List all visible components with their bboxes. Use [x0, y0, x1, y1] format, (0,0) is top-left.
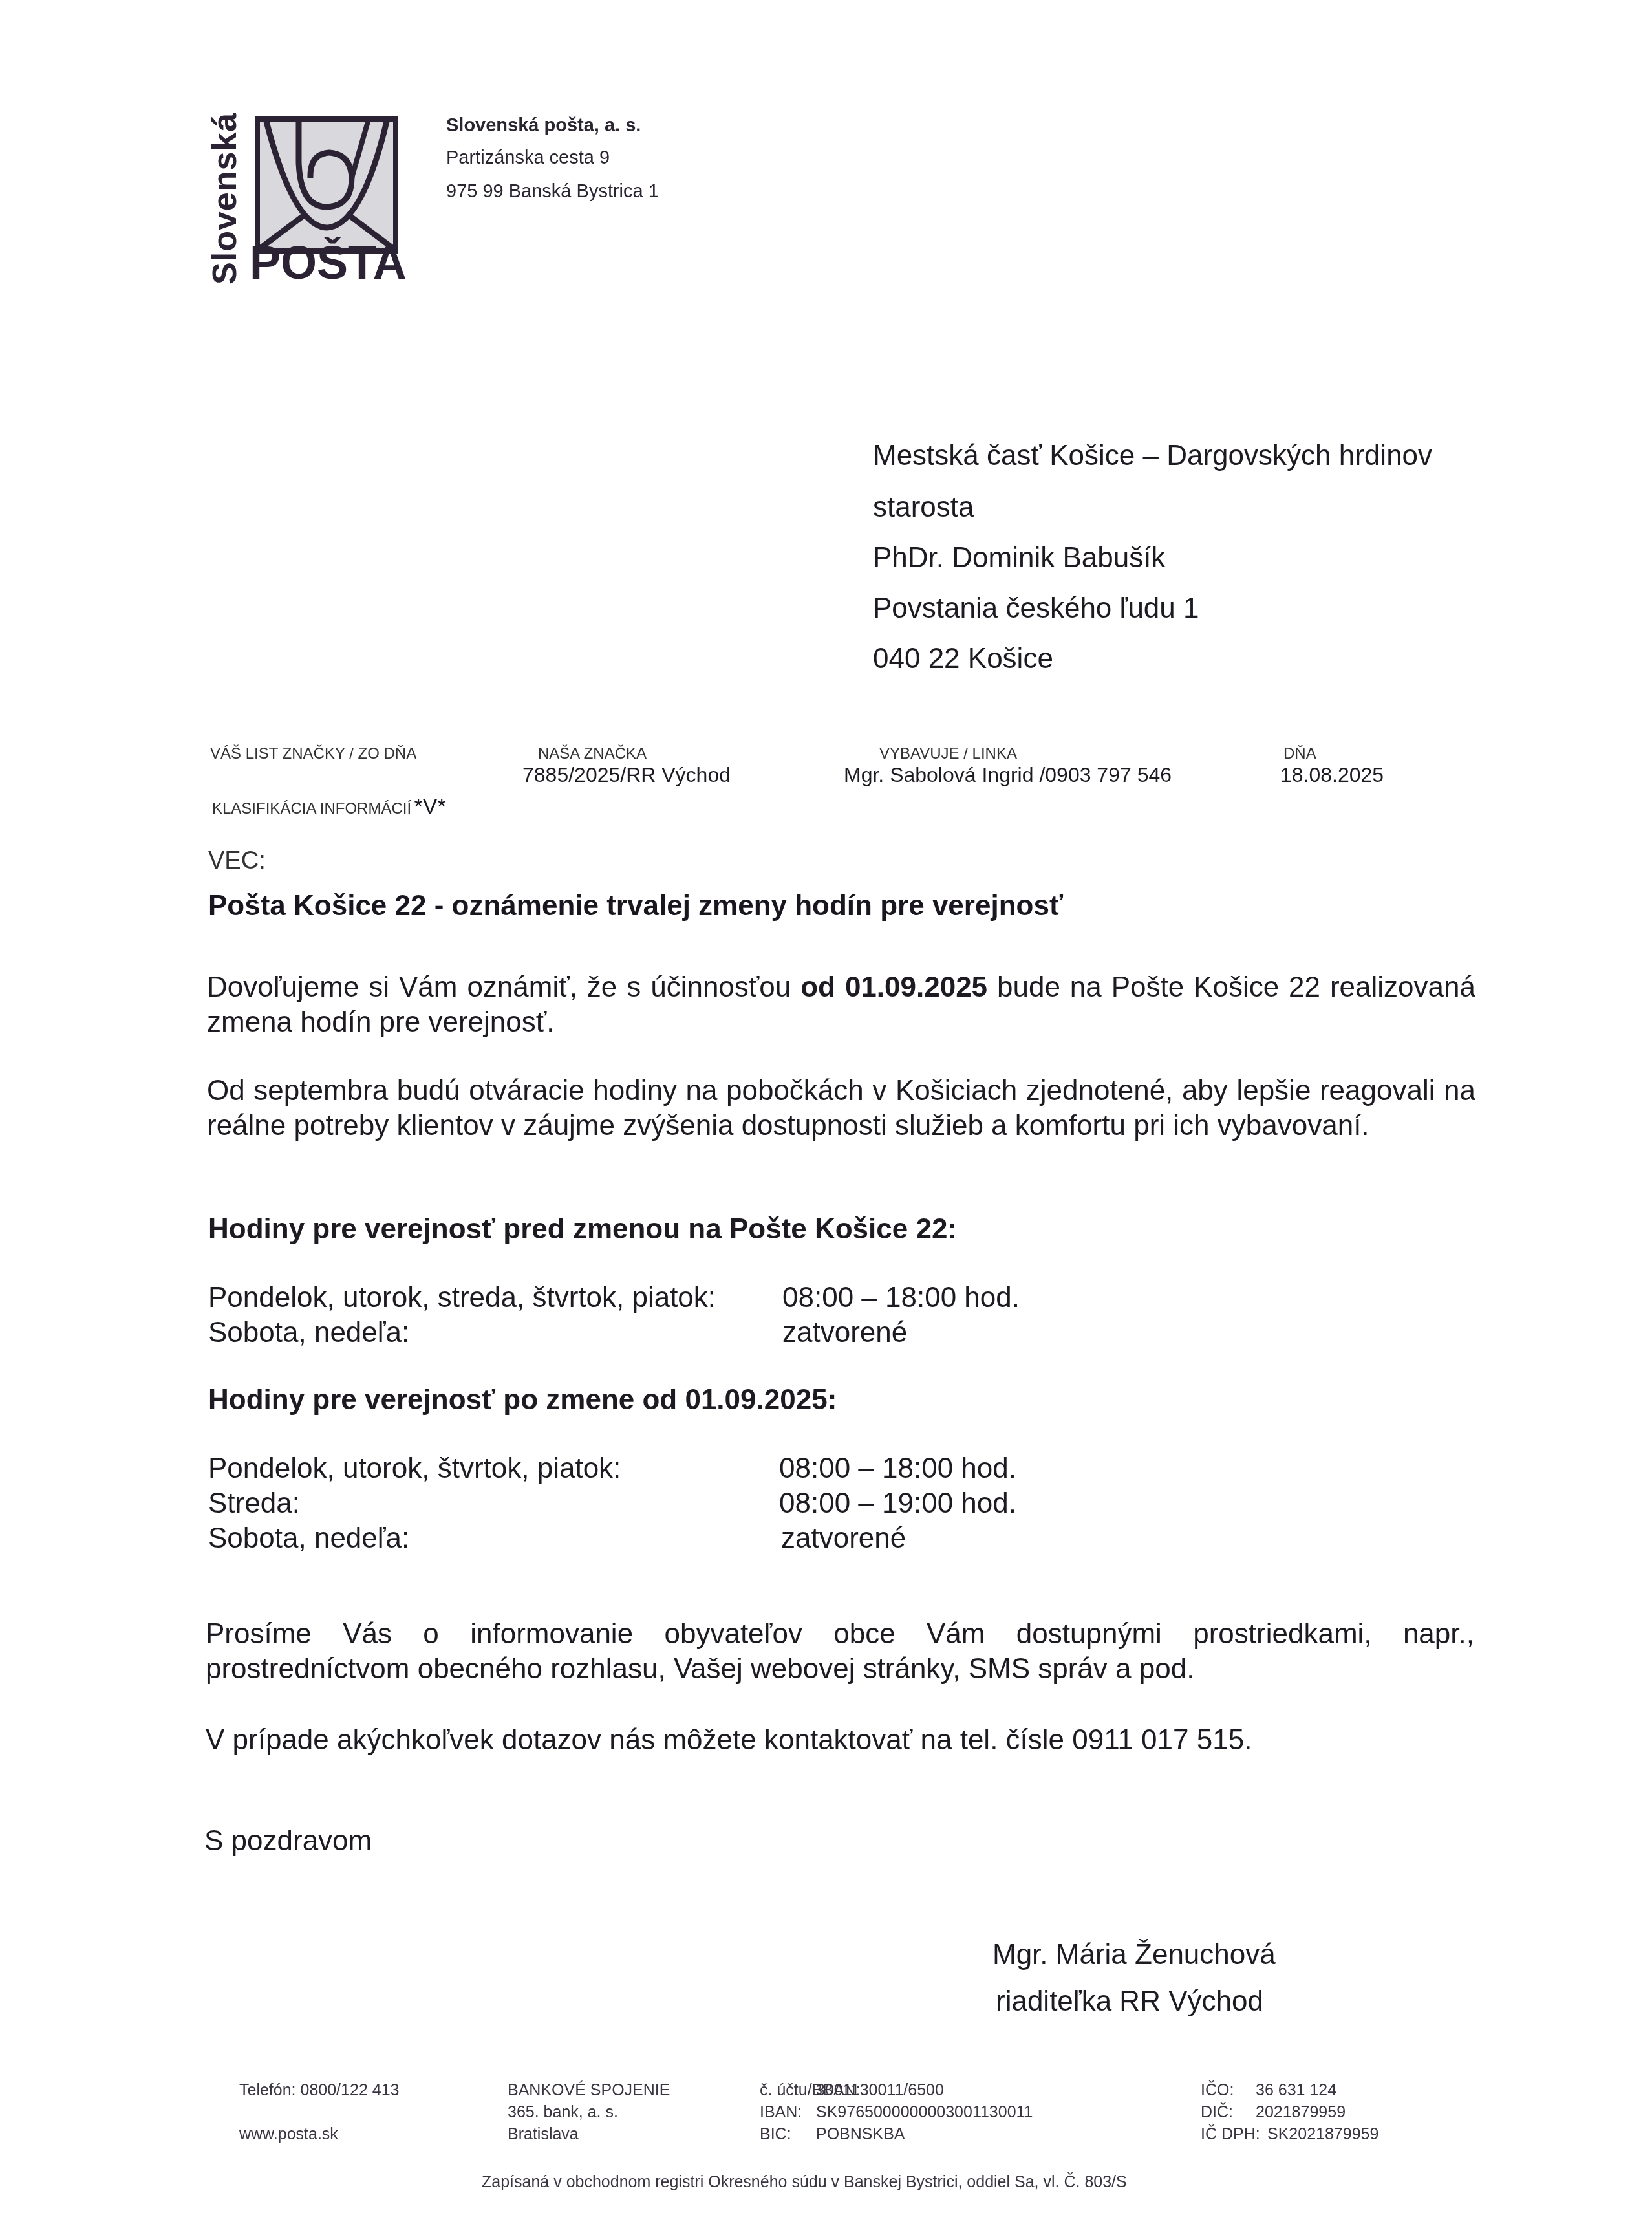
recipient-line: 040 22 Košice: [873, 643, 1053, 675]
footer-web[interactable]: www.posta.sk: [239, 2125, 338, 2144]
after-hours-1: 08:00 – 19:00 hod.: [779, 1486, 1016, 1521]
handled-by-label: VYBAVUJE / LINKA: [879, 745, 1017, 763]
footer-bank-city: Bratislava: [508, 2125, 579, 2144]
after-days-1: Streda:: [208, 1486, 300, 1521]
footer-dic-value: 2021879959: [1256, 2103, 1346, 2122]
after-days-2: Sobota, nedeľa:: [208, 1521, 409, 1556]
classification-value: *V*: [414, 794, 446, 819]
before-hours-1: zatvorené: [782, 1315, 907, 1350]
our-ref-label: NAŠA ZNAČKA: [538, 745, 647, 763]
recipient-line: starosta: [873, 492, 974, 524]
subject-title: Pošta Košice 22 - oznámenie trvalej zmen…: [208, 890, 1063, 922]
footer-icdph-value: SK2021879959: [1267, 2125, 1378, 2144]
classification: KLASIFIKÁCIA INFORMÁCIÍ *V*: [212, 794, 446, 819]
date-value: 18.08.2025: [1280, 763, 1384, 787]
footer-iban-label: IBAN:: [760, 2103, 802, 2122]
footer-dic-label: DIČ:: [1201, 2103, 1233, 2122]
before-days-1: Sobota, nedeľa:: [208, 1315, 409, 1350]
logo-vertical-label: Slovenská: [206, 113, 244, 285]
footer-iban-value: SK9765000000003001130011: [816, 2103, 1033, 2122]
classification-label: KLASIFIKÁCIA INFORMÁCIÍ: [212, 800, 411, 817]
footer-bban-value: 3001130011/6500: [816, 2081, 944, 2100]
your-letter-label: VÁŠ LIST ZNAČKY / ZO DŇA: [210, 745, 416, 763]
effective-date: od 01.09.2025: [800, 971, 987, 1003]
p1-text: Dovoľujeme si Vám oznámiť, že s účinnosť…: [207, 971, 800, 1003]
signatory-name: Mgr. Mária Ženuchová: [992, 1938, 1276, 1972]
sender-company: Slovenská pošta, a. s.: [446, 115, 641, 136]
after-days-0: Pondelok, utorok, štvrtok, piatok:: [208, 1451, 621, 1486]
signatory-title: riaditeľka RR Východ: [996, 1984, 1263, 2019]
our-ref-value: 7885/2025/RR Východ: [522, 763, 731, 787]
before-hours-0: 08:00 – 18:00 hod.: [782, 1280, 1020, 1315]
recipient-line: Mestská časť Košice – Dargovských hrdino…: [873, 440, 1432, 472]
footer-ico-value: 36 631 124: [1256, 2081, 1336, 2100]
paragraph-request: Prosíme Vás o informovanie obyvateľov ob…: [206, 1617, 1474, 1687]
footer-phone: Telefón: 0800/122 413: [239, 2081, 399, 2100]
footer-icdph-label: IČ DPH:: [1201, 2125, 1260, 2144]
date-label: DŇA: [1283, 745, 1316, 763]
logo-vertical-text: Slovenská: [206, 123, 244, 285]
subject-label: VEC:: [208, 847, 266, 875]
before-days-0: Pondelok, utorok, streda, štvrtok, piato…: [208, 1280, 716, 1315]
post-horn-envelope-icon: [255, 116, 398, 254]
recipient-line: Povstania českého ľudu 1: [873, 592, 1199, 625]
paragraph-effective-date: Dovoľujeme si Vám oznámiť, že s účinnosť…: [207, 970, 1475, 1040]
logo-wordmark: POŠTA: [250, 237, 407, 290]
footer-registry: Zapísaná v obchodnom registri Okresného …: [482, 2173, 1127, 2192]
sender-city: 975 99 Banská Bystrica 1: [446, 181, 659, 202]
before-hours-heading: Hodiny pre verejnosť pred zmenou na Pošt…: [208, 1212, 957, 1247]
footer-ico-label: IČO:: [1201, 2081, 1234, 2100]
closing: S pozdravom: [204, 1824, 372, 1859]
footer-bank-name: 365. bank, a. s.: [508, 2103, 618, 2122]
sender-street: Partizánska cesta 9: [446, 147, 610, 169]
footer-bic-label: BIC:: [760, 2125, 791, 2144]
after-hours-2: zatvorené: [781, 1521, 906, 1556]
after-hours-heading: Hodiny pre verejnosť po zmene od 01.09.2…: [208, 1383, 837, 1418]
paragraph-reason: Od septembra budú otváracie hodiny na po…: [207, 1074, 1475, 1143]
footer-bank-heading: BANKOVÉ SPOJENIE: [508, 2081, 670, 2100]
footer-bic-value: POBNSKBA: [816, 2125, 905, 2144]
after-hours-0: 08:00 – 18:00 hod.: [779, 1451, 1016, 1486]
paragraph-contact: V prípade akýchkoľvek dotazov nás môžete…: [206, 1723, 1252, 1758]
handled-by-value: Mgr. Sabolová Ingrid /0903 797 546: [844, 763, 1172, 787]
recipient-line: PhDr. Dominik Babušík: [873, 542, 1165, 574]
